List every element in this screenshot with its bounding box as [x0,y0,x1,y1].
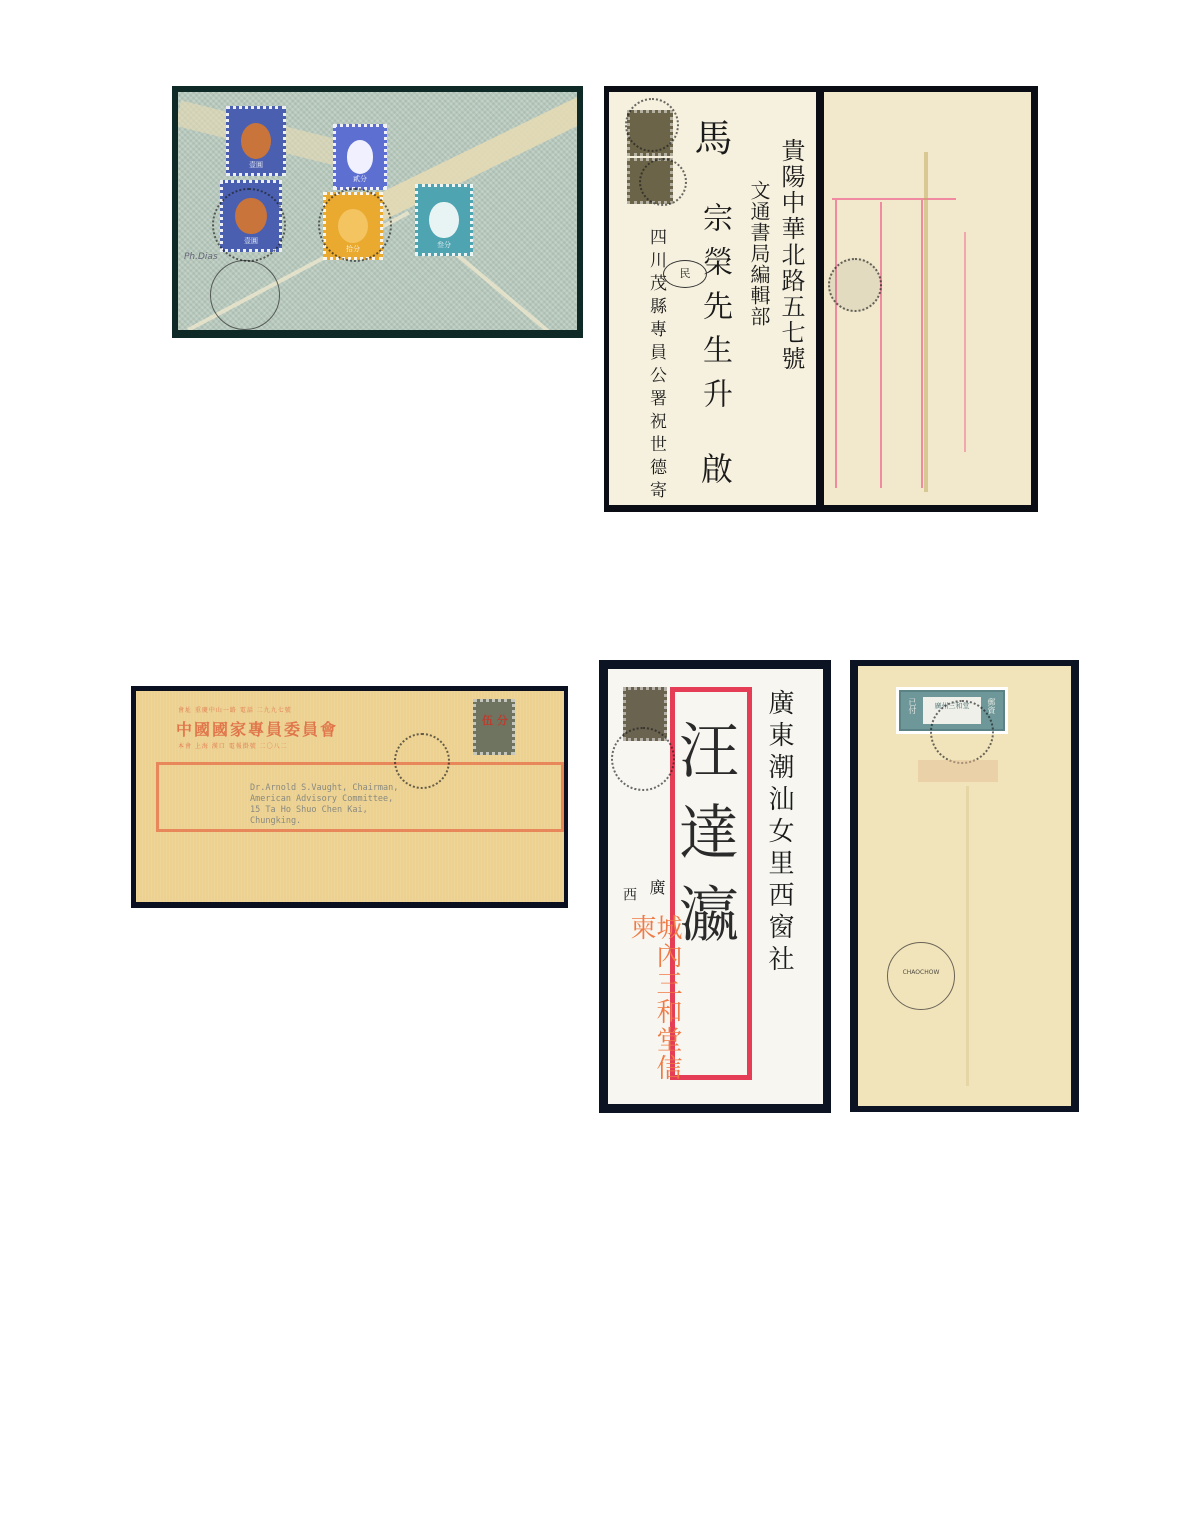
address-line: 廣東潮汕女里西窗社 [766,689,792,1019]
stamp-blue-portrait: 貳分 [333,124,387,190]
envelope-back [824,92,1031,505]
envelope-back: 已付 廣州三和堂 郵資 CHAOCHOW [858,666,1071,1106]
sender-printed-name: 城內三和堂信柬 [628,914,680,1104]
org-address-bottom: 本會 上海 漢口 電報掛號 二〇八二 [178,741,288,750]
cover-1-image: 壹圓 壹圓 貳分 拾分 叁分 Ph.Dias [172,86,583,338]
oval-chop: 民 [663,260,707,288]
sender-prefix: 西 [622,887,636,901]
postmark [930,700,994,764]
envelope-back-green: 壹圓 壹圓 貳分 拾分 叁分 Ph.Dias [178,92,577,330]
postmark [611,727,675,791]
cover-2-image: 貴陽中華北路五七號 文通書局編輯部 馬 宗榮先生升 啟 四川茂縣專員公署祝世德寄… [604,86,1038,512]
cover-5-image: 已付 廣州三和堂 郵資 CHAOCHOW [850,660,1079,1112]
printed-line [964,232,966,452]
postmark [625,98,679,152]
envelope-front-red-band: 汪達瀛 廣東潮汕女里西窗社 廣 西 城內三和堂信柬 [608,669,823,1104]
envelope-front-yellow: 會址 重慶中山一路 電話 二九九七號 中國國家專員委員會 本會 上海 漢口 電報… [136,691,564,902]
manuscript-note: Ph.Dias [184,252,218,262]
postmark [394,733,450,789]
org-address-top: 會址 重慶中山一路 電話 二九九七號 [178,705,292,714]
cover-3-image: 會址 重慶中山一路 電話 二九九七號 中國國家專員委員會 本會 上海 漢口 電報… [131,686,568,908]
address-line-2: 文通書局編輯部 [749,180,769,380]
postmark [318,188,392,262]
typed-address: Dr.Arnold S.Vaught, Chairman,American Ad… [250,783,398,827]
sender-prefix: 廣 [648,879,664,895]
stamp-blue-surcharged: 壹圓 [226,106,286,176]
printed-line [880,202,882,488]
sender-line: 四川茂縣專員公署祝世德寄 [647,228,664,505]
postmark [639,158,687,206]
address-line-1: 貴陽中華北路五七號 [779,138,803,378]
recipient-name: 宗榮先生升 [699,202,729,442]
postmark: CHAOCHOW [887,942,955,1010]
recipient-surname: 馬 [691,118,729,156]
stain [918,760,998,782]
stamp-teal-portrait: 叁分 [415,184,473,256]
fold-crease [924,152,928,492]
postmark [210,260,280,330]
fold-crease [966,786,969,1086]
printed-line [921,198,923,488]
postmark [212,188,286,262]
stamp-surcharged: 伍 分 [473,699,515,755]
envelope-front: 貴陽中華北路五七號 文通書局編輯部 馬 宗榮先生升 啟 四川茂縣專員公署祝世德寄… [609,92,816,505]
printed-line [835,198,837,488]
postmark [828,258,882,312]
printed-line [832,198,956,200]
cover-4-image: 汪達瀛 廣東潮汕女里西窗社 廣 西 城內三和堂信柬 [599,660,831,1113]
recipient-name: 汪達瀛 [674,719,734,1049]
org-name: 中國國家專員委員會 [176,717,338,740]
recipient-closing: 啟 [699,452,731,484]
